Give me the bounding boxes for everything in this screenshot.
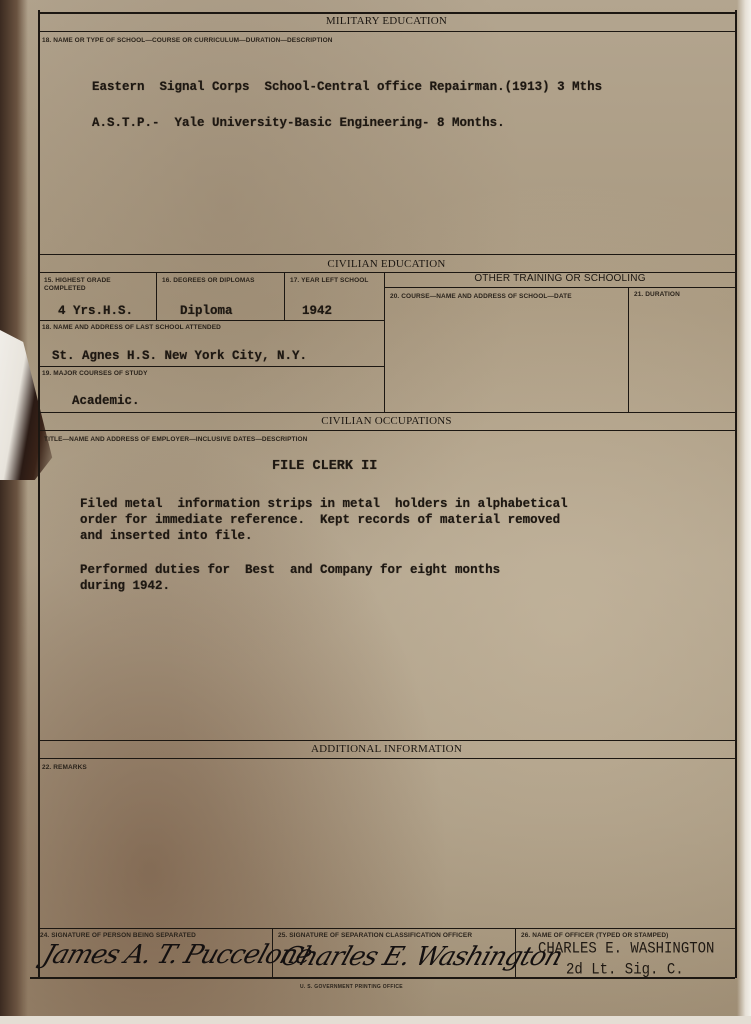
divider [38,412,735,413]
other-training-title: OTHER TRAINING OR SCHOOLING [385,273,735,284]
last-school-label: 18. NAME AND ADDRESS OF LAST SCHOOL ATTE… [42,324,221,332]
officer-rank: 2d Lt. Sig. C. [566,961,684,979]
degrees-value: Diploma [180,304,233,319]
form-frame [38,10,737,978]
civilian-occupations-title: CIVILIAN OCCUPATIONS [38,415,735,427]
paper-stain [0,0,28,1024]
major-courses-label: 19. MAJOR COURSES OF STUDY [42,370,148,378]
person-signature: James A. T. Puccelone [39,940,316,970]
officer-name-label: 26. NAME OF OFFICER (Typed or Stamped) [521,932,668,940]
highest-grade-label: 15. HIGHEST GRADE COMPLETED [44,277,154,293]
officer-signature-label: 25. SIGNATURE OF SEPARATION CLASSIFICATI… [278,932,508,940]
officer-name: CHARLES E. WASHINGTON [538,940,714,958]
divider [38,928,735,929]
divider [156,272,157,320]
military-education-title: MILITARY EDUCATION [38,15,735,27]
job-description-line-1: Filed metal information strips in metal … [80,496,568,512]
remarks-label: 22. REMARKS [42,764,87,772]
degrees-label: 16. DEGREES OR DIPLOMAS [162,277,255,285]
major-courses-value: Academic. [72,394,140,409]
job-title: FILE CLERK II [272,459,377,474]
additional-information-title: ADDITIONAL INFORMATION [38,743,735,755]
divider [38,320,385,321]
military-education-label: 18. NAME OR TYPE OF SCHOOL—COURSE OR CUR… [42,37,333,45]
paper-edge-bottom [0,1016,751,1024]
year-left-label: 17. YEAR LEFT SCHOOL [290,277,370,285]
civilian-education-title: CIVILIAN EDUCATION [38,258,735,270]
other-training-duration-label: 21. DURATION [634,291,680,299]
civilian-occupations-label: TITLE—NAME AND ADDRESS OF EMPLOYER—INCLU… [44,436,307,444]
divider [38,254,735,255]
military-education-entry-1: Eastern Signal Corps School-Central offi… [92,80,602,95]
last-school-value: St. Agnes H.S. New York City, N.Y. [52,349,307,364]
person-signature-label: 24. SIGNATURE OF PERSON BEING SEPARATED [40,932,196,940]
paper-edge [737,0,751,1024]
divider [38,758,735,759]
officer-signature: Charles E. Washington [277,942,566,972]
other-training-course-label: 20. COURSE—NAME AND ADDRESS OF SCHOOL—DA… [390,293,572,301]
printer-note: U. S. GOVERNMENT PRINTING OFFICE [300,984,403,990]
divider [38,12,735,14]
year-left-value: 1942 [302,304,332,319]
job-duties-line-1: Performed duties for Best and Company fo… [80,562,500,578]
divider [38,430,735,431]
military-education-entry-2: A.S.T.P.- Yale University-Basic Engineer… [92,116,505,131]
divider [38,740,735,741]
job-description-line-2: order for immediate reference. Kept reco… [80,512,560,528]
divider [38,366,385,367]
divider [628,287,629,412]
job-description-line-3: and inserted into file. [80,528,253,544]
divider [385,287,735,288]
highest-grade-value: 4 Yrs.H.S. [58,304,133,319]
divider [284,272,285,320]
job-duties-line-2: during 1942. [80,578,170,594]
divider [384,272,385,412]
divider [38,31,735,32]
